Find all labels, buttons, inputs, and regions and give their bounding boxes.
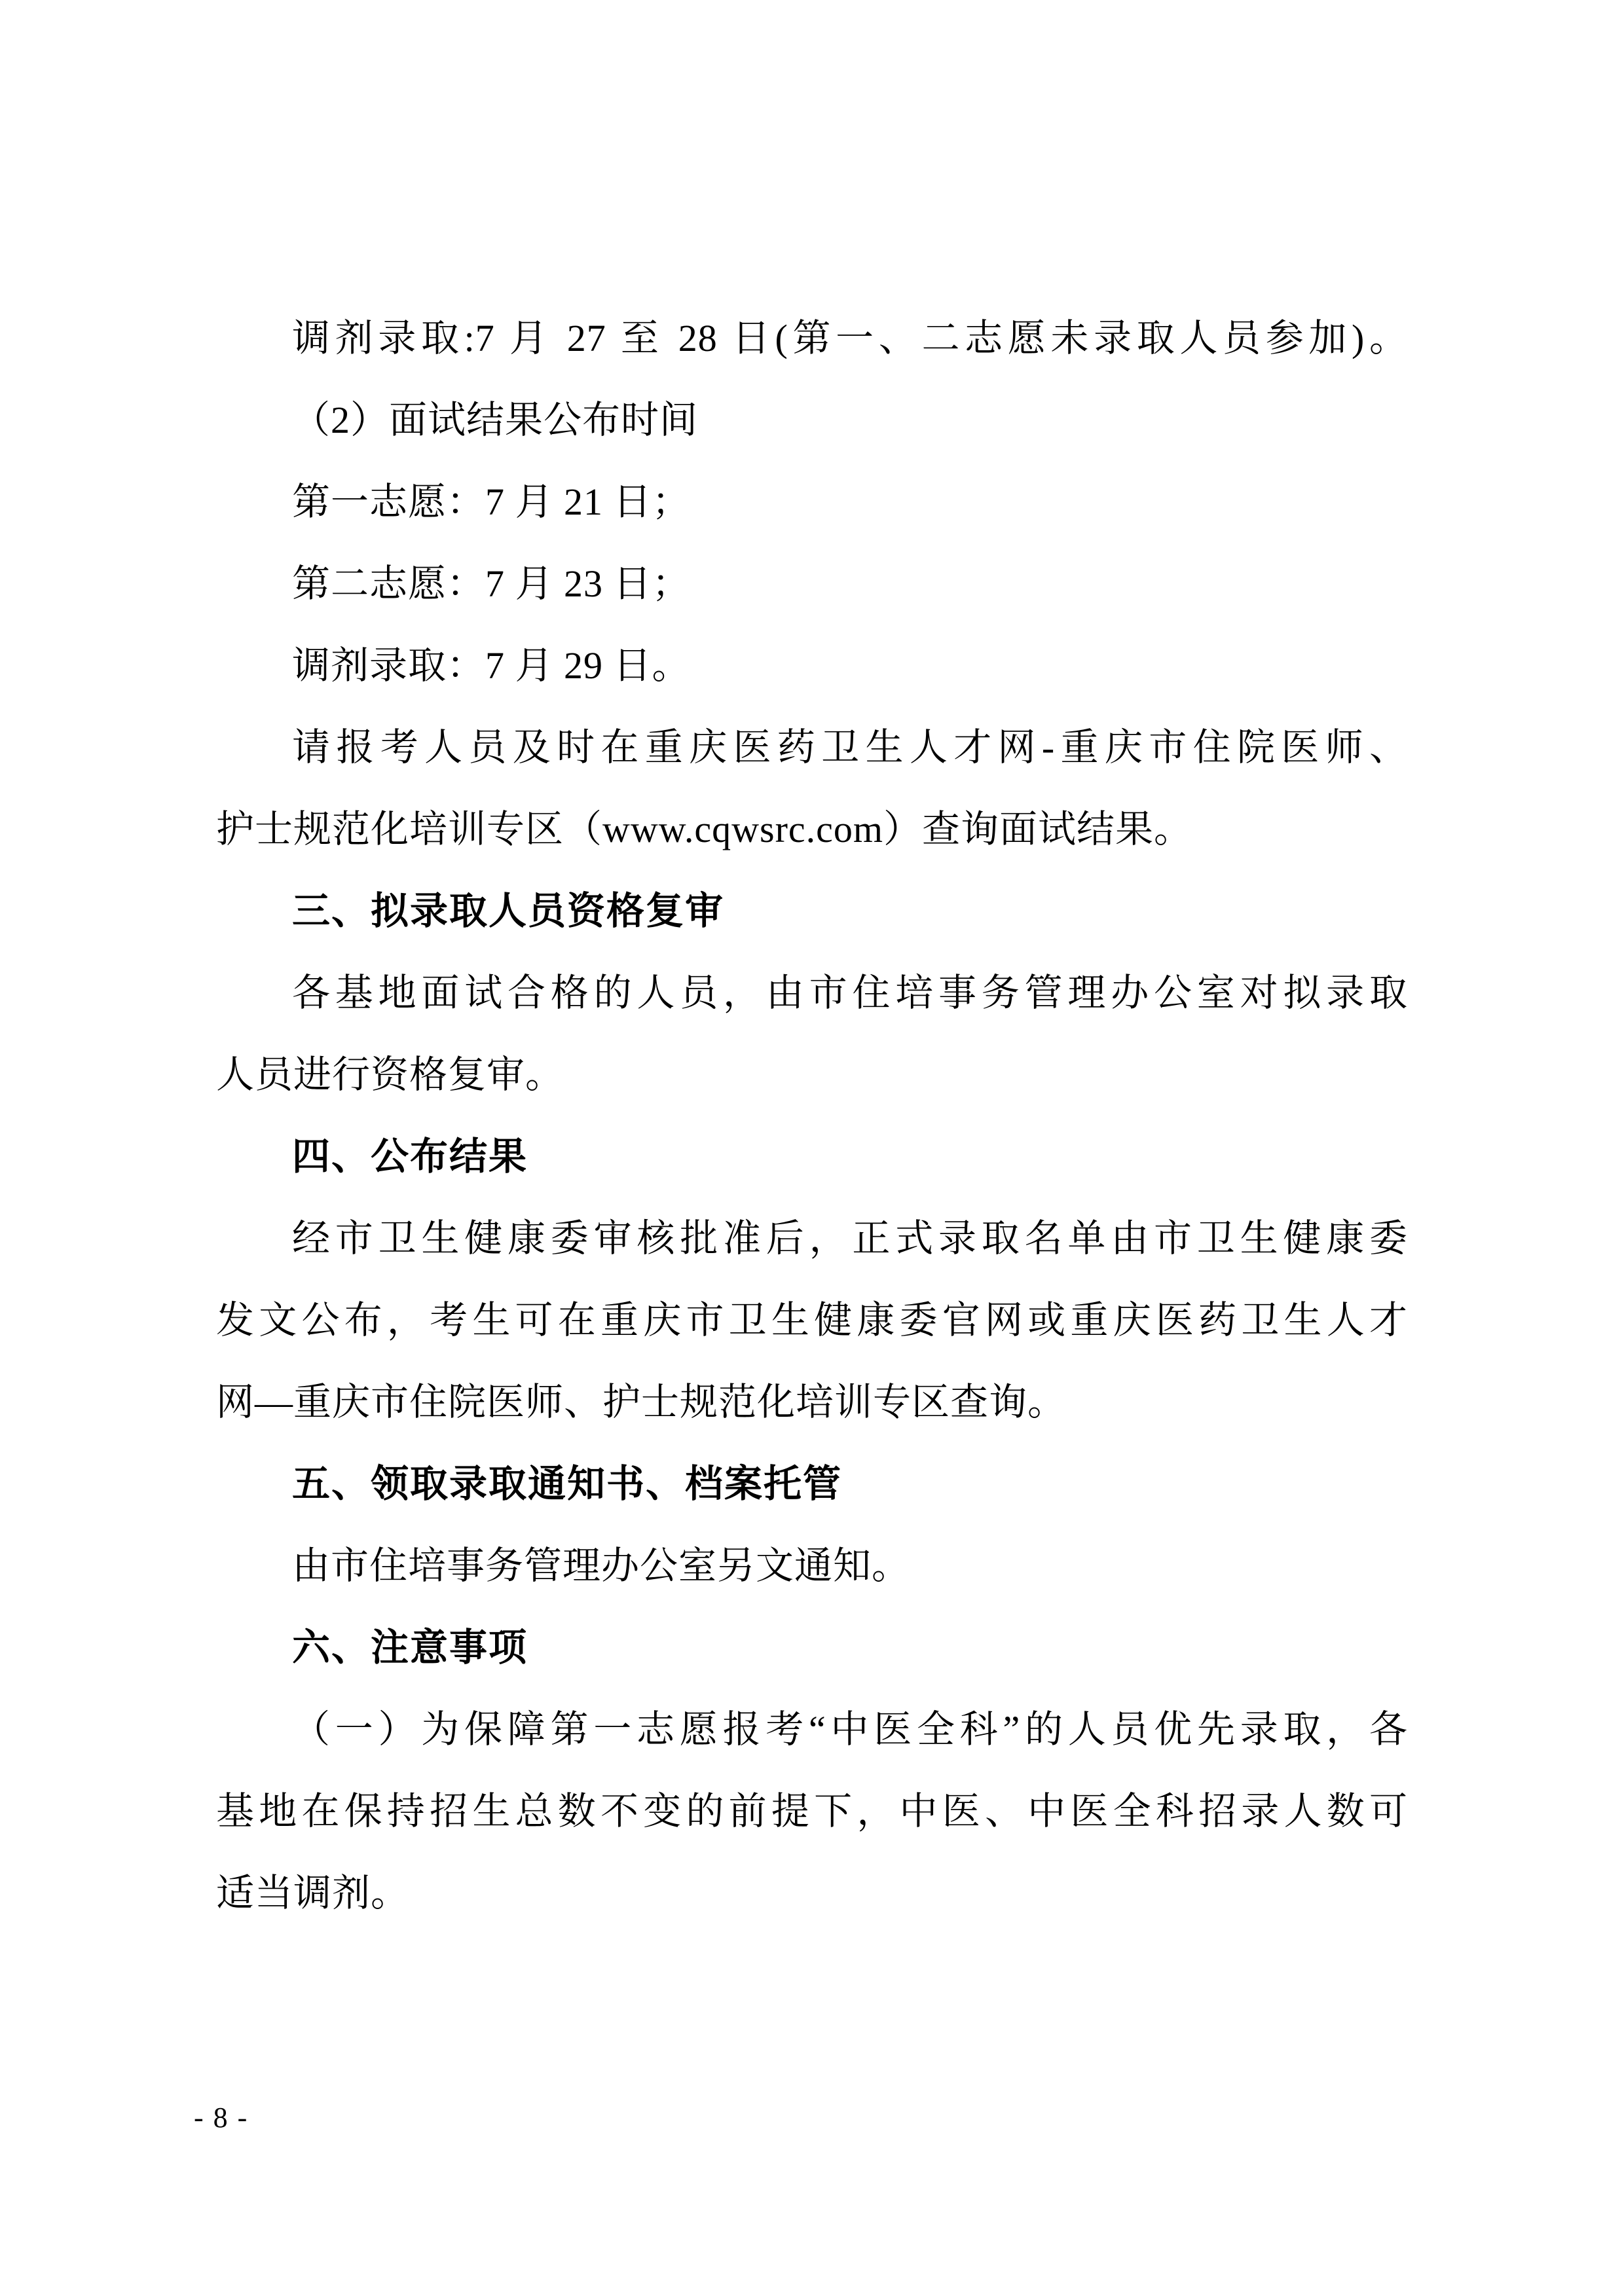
text-line: 网—重庆市住院医师、护士规范化培训专区查询。 <box>216 1361 1408 1443</box>
text-line: 人员进行资格复审。 <box>216 1034 1408 1116</box>
document-body: 调剂录取:7 月 27 至 28 日(第一、二志愿未录取人员参加)。（2）面试结… <box>216 297 1408 1934</box>
section-heading: 四、公布结果 <box>216 1116 1408 1197</box>
text-line: 第二志愿：7 月 23 日； <box>216 543 1408 625</box>
text-line: （2）面试结果公布时间 <box>216 379 1408 461</box>
text-line: 调剂录取：7 月 29 日。 <box>216 625 1408 706</box>
text-line: 由市住培事务管理办公室另文通知。 <box>216 1525 1408 1607</box>
section-heading: 五、领取录取通知书、档案托管 <box>216 1443 1408 1525</box>
document-page: 调剂录取:7 月 27 至 28 日(第一、二志愿未录取人员参加)。（2）面试结… <box>0 0 1624 2296</box>
text-line: 调剂录取:7 月 27 至 28 日(第一、二志愿未录取人员参加)。 <box>216 297 1408 379</box>
page-number: - 8 - <box>194 2098 248 2138</box>
text-line: 各基地面试合格的人员，由市住培事务管理办公室对拟录取 <box>216 952 1408 1034</box>
text-line: 适当调剂。 <box>216 1852 1408 1934</box>
text-line: 请报考人员及时在重庆医药卫生人才网-重庆市住院医师、 <box>216 706 1408 788</box>
text-line: 经市卫生健康委审核批准后，正式录取名单由市卫生健康委 <box>216 1197 1408 1279</box>
text-line: 基地在保持招生总数不变的前提下，中医、中医全科招录人数可 <box>216 1770 1408 1852</box>
section-heading: 六、注意事项 <box>216 1607 1408 1688</box>
text-line: （一）为保障第一志愿报考“中医全科”的人员优先录取，各 <box>216 1688 1408 1770</box>
text-line: 第一志愿：7 月 21 日； <box>216 461 1408 543</box>
section-heading: 三、拟录取人员资格复审 <box>216 870 1408 952</box>
text-line: 发文公布，考生可在重庆市卫生健康委官网或重庆医药卫生人才 <box>216 1279 1408 1361</box>
text-line: 护士规范化培训专区（www.cqwsrc.com）查询面试结果。 <box>216 788 1408 870</box>
